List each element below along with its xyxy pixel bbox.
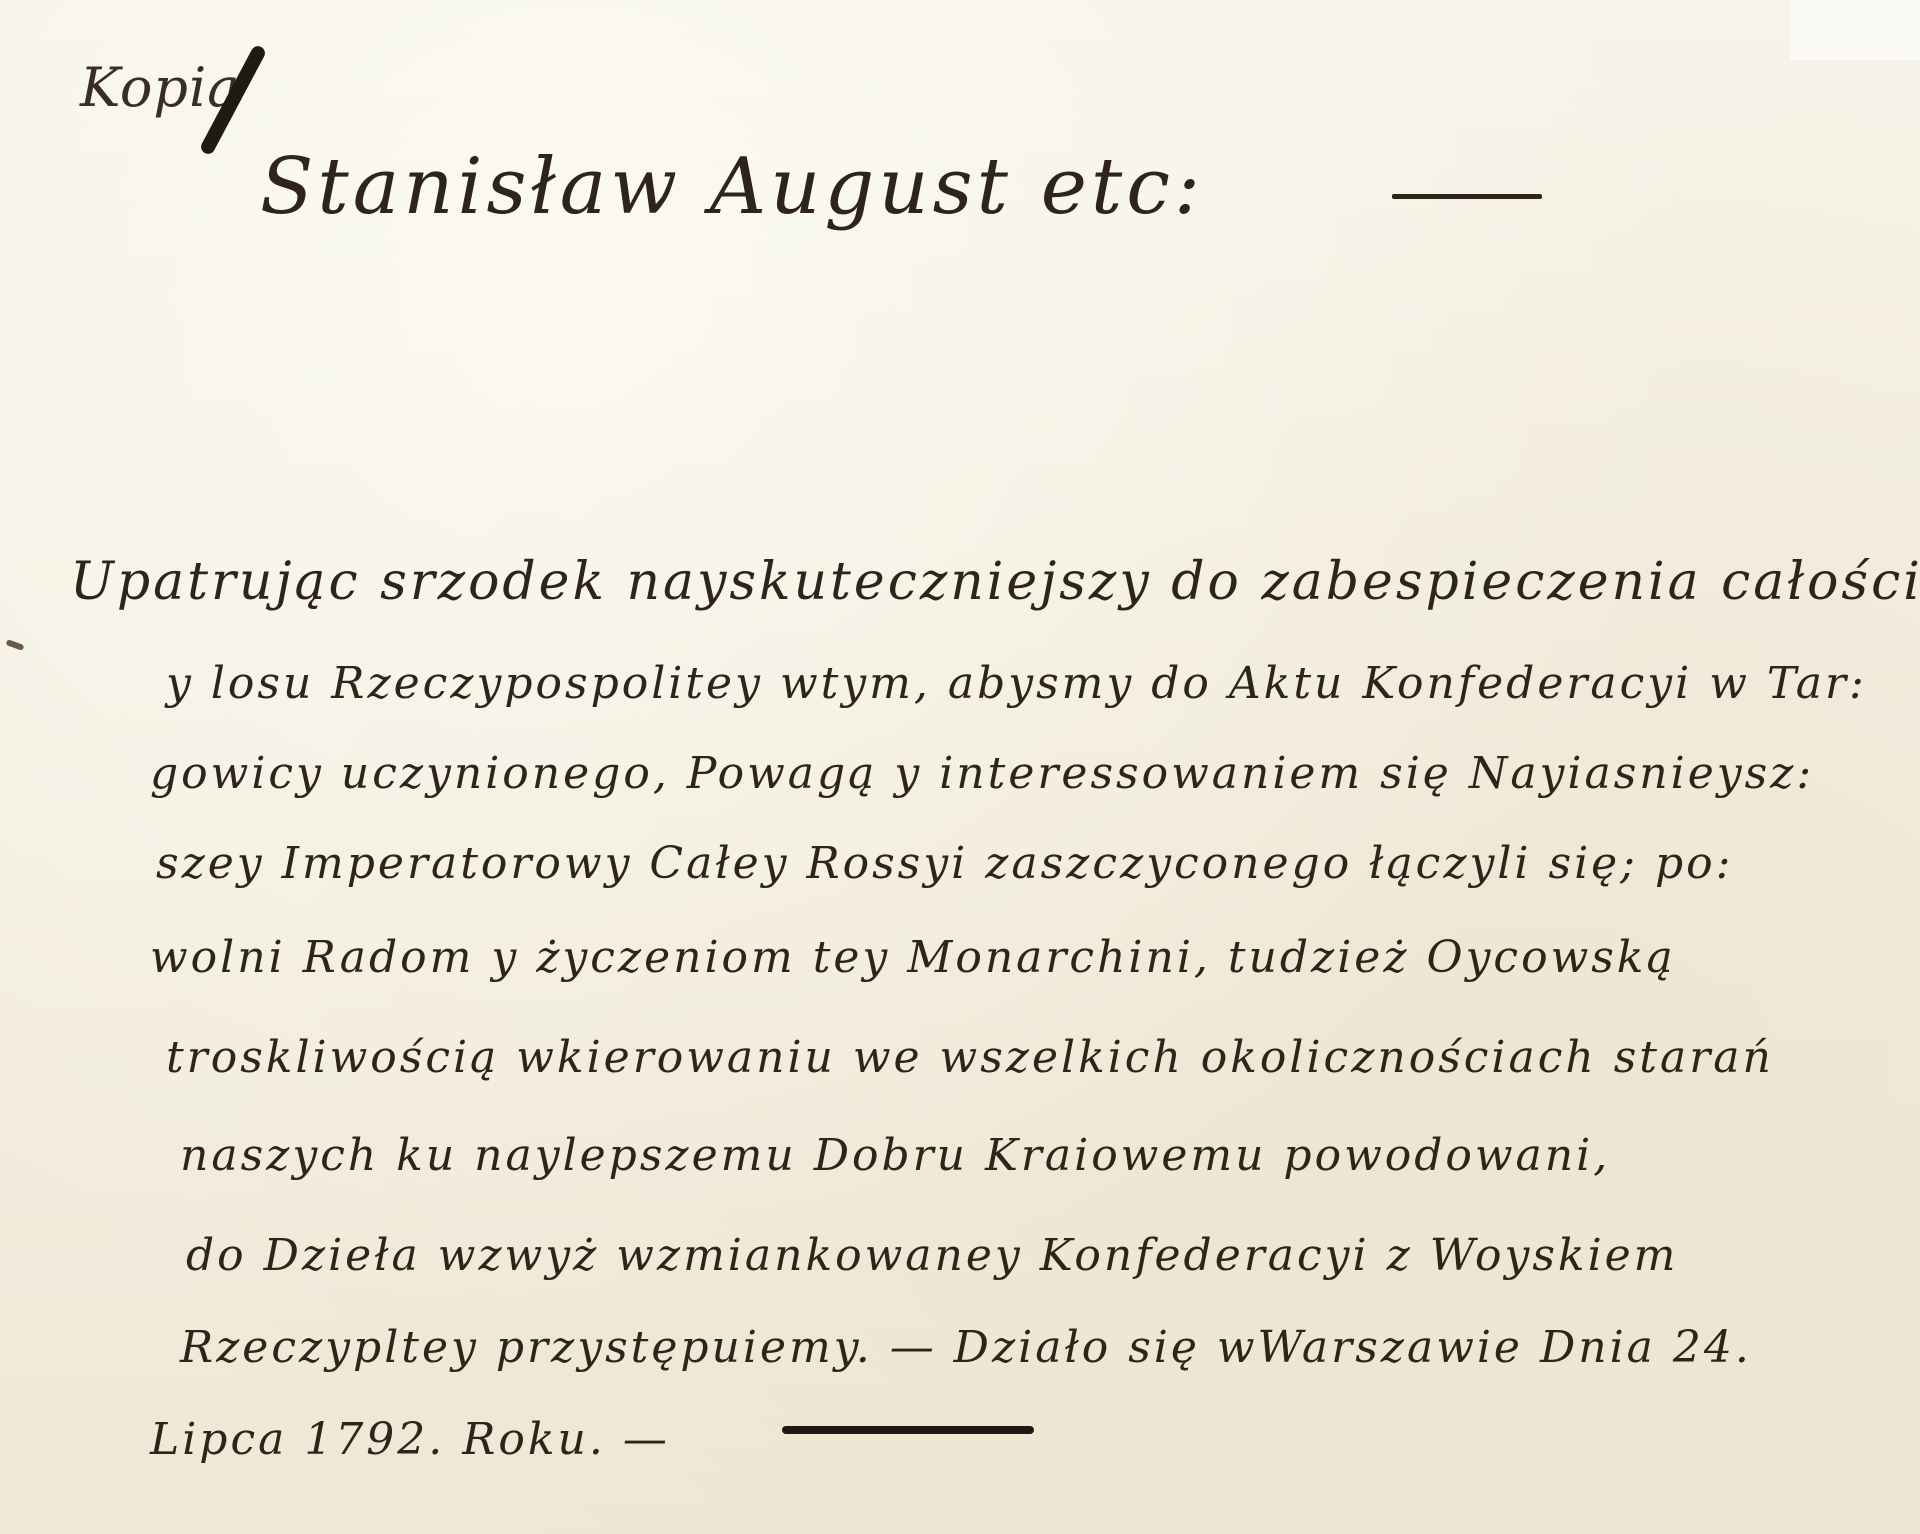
closing-flourish-rule [782, 1426, 1034, 1434]
margin-ink-mark [6, 639, 25, 651]
body-line-6: troskliwością wkierowaniu we wszelkich o… [166, 1032, 1774, 1083]
body-line-8: do Dzieła wzwyż wzmiankowaney Konfederac… [186, 1230, 1678, 1281]
paper-corner-patch [1790, 0, 1920, 60]
manuscript-page: Kopia Stanisław August etc: Upatrując sr… [0, 0, 1920, 1534]
body-line-1: Upatrując srzodek nayskuteczniejszy do z… [70, 552, 1920, 612]
document-heading: Stanisław August etc: [260, 142, 1204, 232]
body-line-5: wolni Radom y życzeniom tey Monarchini, … [150, 932, 1676, 983]
body-line-4: szey Imperatorowy Całey Rossyi zaszczyco… [156, 838, 1733, 889]
body-line-9: Rzeczypltey przystępuiemy. — Działo się … [180, 1322, 1752, 1373]
body-line-3: gowicy uczynionego, Powagą y interessowa… [150, 748, 1814, 799]
heading-flourish-rule [1392, 194, 1542, 199]
body-line-7: naszych ku naylepszemu Dobru Kraiowemu p… [180, 1130, 1610, 1181]
copy-label: Kopia [80, 56, 240, 119]
body-line-2: y losu Rzeczypospolitey wtym, abysmy do … [166, 658, 1867, 709]
body-line-10: Lipca 1792. Roku. — [150, 1414, 670, 1465]
